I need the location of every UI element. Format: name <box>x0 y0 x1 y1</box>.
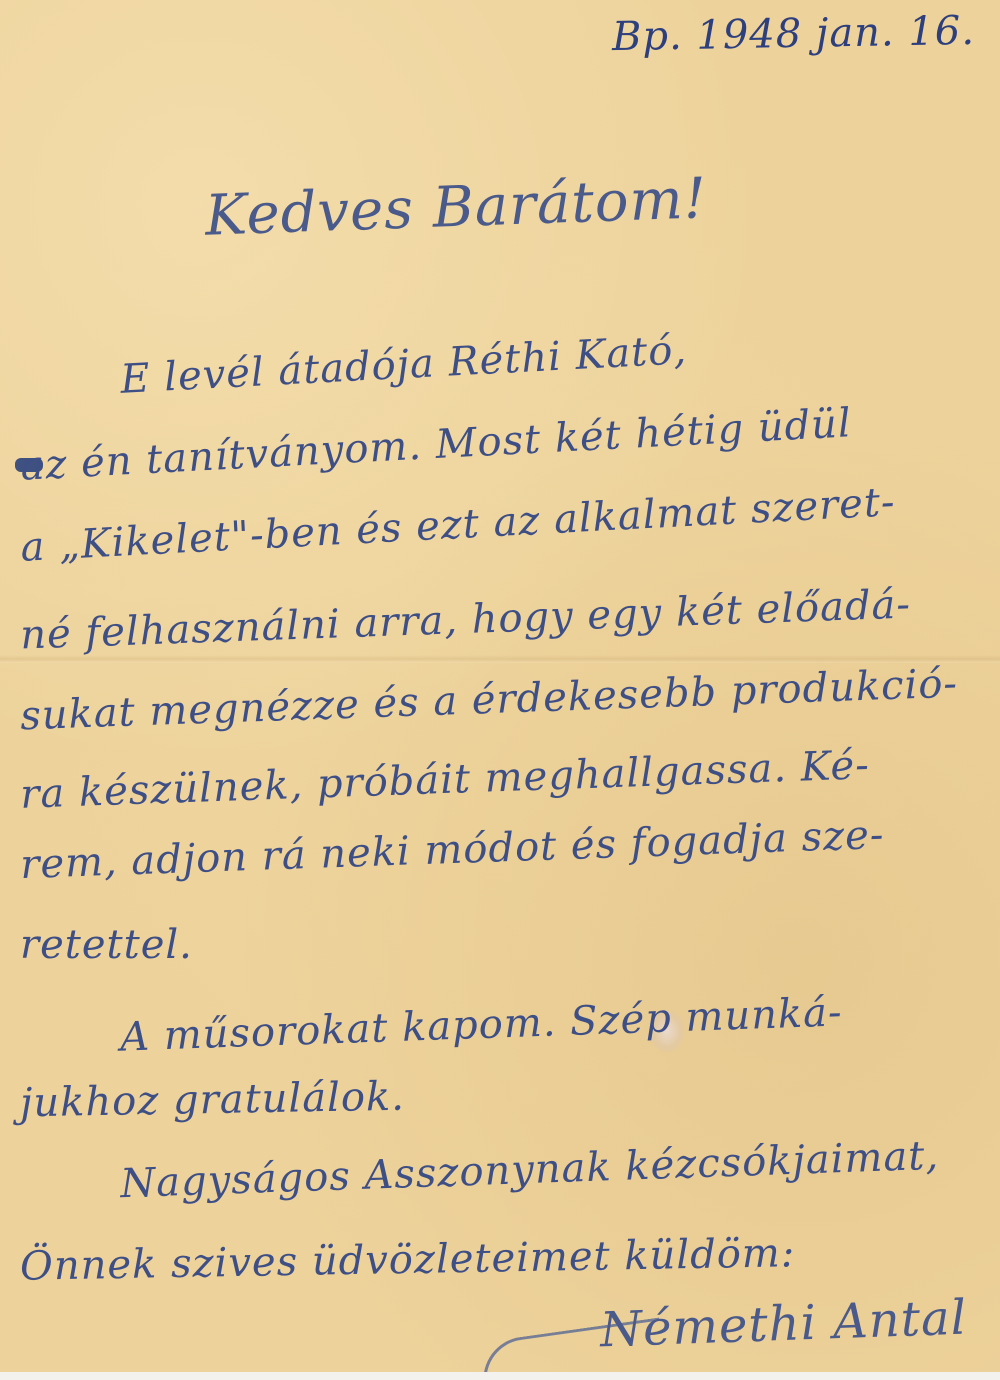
letter-body-line: retettel. <box>20 925 193 965</box>
letter-salutation: Kedves Barátom! <box>204 171 708 244</box>
letter-body-line: jukhoz gratulálok. <box>20 1077 406 1124</box>
letter-body-line: Önnek szives üdvözleteimet küldöm: <box>20 1233 796 1287</box>
paper-fold-crease <box>0 655 1000 663</box>
letter-body-line: sukat megnézze és a érdekesebb produkció… <box>20 664 959 737</box>
letter-body-line: rem, adjon rá neki módot és fogadja sze- <box>20 815 885 885</box>
letter-body-line: ra készülnek, próbáit meghallgassa. Ké- <box>20 745 871 815</box>
letter-signature: Némethi Antal <box>599 1294 967 1355</box>
letter-body-line: az én tanítványom. Most két hétig üdül <box>20 403 853 486</box>
letter-body-line: a „Kikelet"-ben és ezt az alkalmat szere… <box>20 482 897 568</box>
letter-body-line: A műsorokat kapom. Szép munká- <box>120 992 844 1057</box>
letter-sheet: Bp. 1948 jan. 16. Kedves Barátom! E levé… <box>0 0 1000 1372</box>
scan-bottom-margin <box>0 1372 1000 1380</box>
letter-body-line: E levél átadója Réthi Kató, <box>119 330 688 400</box>
letter-dateline: Bp. 1948 jan. 16. <box>612 11 976 57</box>
letter-body-line: Nagyságos Asszonynak kézcsókjaimat, <box>120 1136 940 1205</box>
letter-body-line: né felhasználni arra, hogy egy két előad… <box>20 584 912 655</box>
